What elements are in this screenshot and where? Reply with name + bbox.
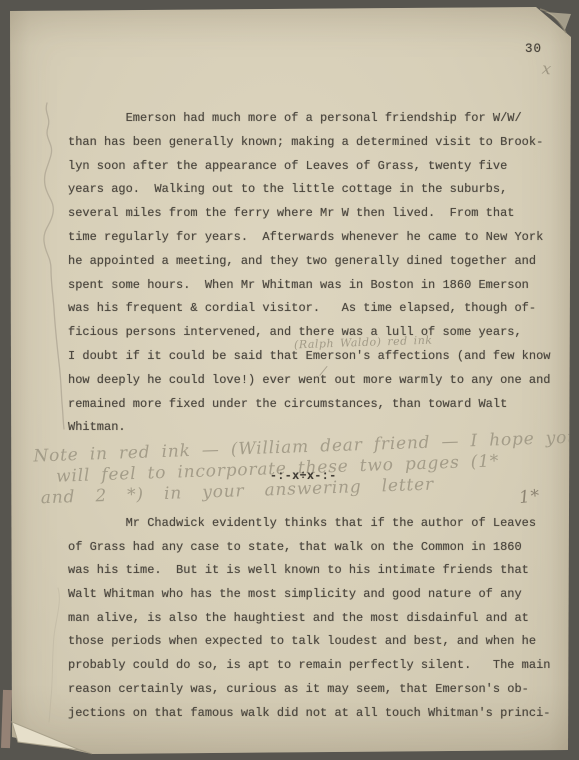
typewritten-line: was his frequent & cordial visitor. As t… (68, 297, 550, 321)
typewritten-line: years ago. Walking out to the little cot… (68, 178, 550, 202)
typewritten-line: Emerson had much more of a personal frie… (68, 107, 550, 131)
typewritten-line: time regularly for years. Afterwards whe… (68, 226, 550, 250)
paragraph-2: Mr Chadwick evidently thinks that if the… (68, 512, 550, 725)
typewritten-line: those periods when expected to talk loud… (68, 630, 550, 654)
typed-section-divider: -:-x÷x-:- (270, 470, 337, 483)
typewritten-line: was his time. But it is well known to hi… (68, 559, 550, 583)
typewritten-line: Mr Chadwick evidently thinks that if the… (68, 512, 550, 536)
typewritten-line: spent some hours. When Mr Whitman was in… (68, 274, 550, 298)
typewritten-line: than has been generally known; making a … (68, 131, 550, 155)
typewritten-line: he appointed a meeting, and they two gen… (68, 250, 550, 274)
page-reference-mark: 1* (518, 486, 541, 508)
typewritten-line: jections on that famous walk did not at … (68, 702, 550, 726)
page-number: 30 (525, 42, 542, 56)
typewritten-line: reason certainly was, curious as it may … (68, 678, 550, 702)
scanned-manuscript-page: 30 x Emerson had much more of a personal… (0, 0, 579, 760)
paper-sheet: 30 x Emerson had much more of a personal… (0, 0, 579, 760)
typewritten-line: how deeply he could love!) ever went out… (68, 369, 550, 393)
blue-x-mark: x (541, 59, 552, 79)
typewritten-line: of Grass had any case to state, that wal… (68, 536, 550, 560)
typewritten-line: man alive, is also the haughtiest and th… (68, 607, 550, 631)
typewritten-line: lyn soon after the appearance of Leaves … (68, 155, 550, 179)
paragraph-1: Emerson had much more of a personal frie… (68, 107, 550, 440)
typewritten-line: probably could do so, is apt to remain p… (68, 654, 550, 678)
typewritten-line: Walt Whitman who has the most simplicity… (68, 583, 550, 607)
underlying-sheet-edge (1, 690, 12, 748)
typewritten-line: remained more fixed under the circumstan… (68, 393, 550, 417)
typewritten-line: several miles from the ferry where Mr W … (68, 202, 550, 226)
